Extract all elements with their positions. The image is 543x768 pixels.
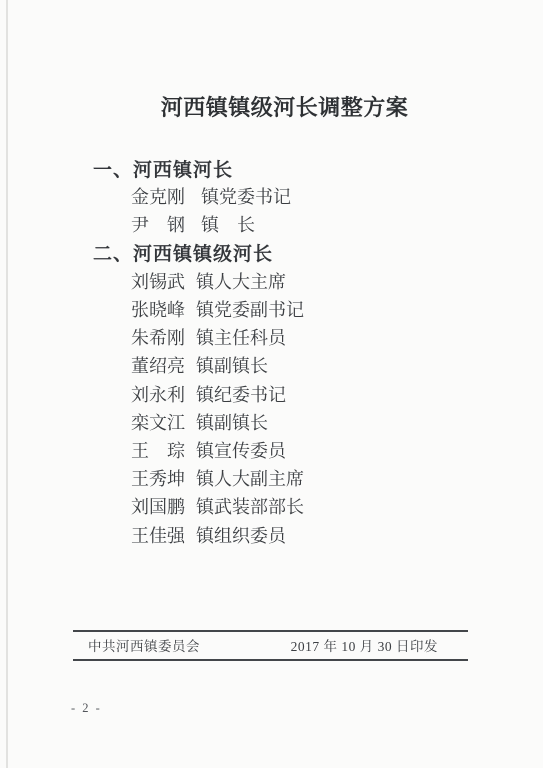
member-name: 王秀坤 (131, 465, 185, 491)
member-row: 尹 钢 镇 长 (93, 210, 503, 238)
member-row: 栾文江 镇副镇长 (93, 408, 503, 436)
member-row: 刘锡武 镇人大主席 (93, 267, 503, 295)
member-title: 镇主任科员 (196, 324, 286, 350)
member-row: 董绍亮 镇副镇长 (93, 351, 503, 379)
footer-rule-bottom (73, 659, 468, 661)
member-title: 镇副镇长 (196, 352, 268, 378)
member-name: 王佳强 (131, 522, 185, 548)
member-title: 镇宣传委员 (196, 437, 286, 463)
member-title: 镇人大主席 (196, 268, 286, 294)
document-body: 一、河西镇河长 金克刚 镇党委书记 尹 钢 镇 长 二、河西镇镇级河长 刘锡武 … (93, 154, 503, 549)
section-2-heading: 二、河西镇镇级河长 (93, 239, 503, 267)
member-name: 董绍亮 (131, 352, 185, 378)
member-name: 尹 钢 (131, 211, 185, 237)
member-row: 金克刚 镇党委书记 (93, 182, 503, 210)
member-row: 朱希刚 镇主任科员 (93, 323, 503, 351)
member-title: 镇组织委员 (196, 522, 286, 548)
member-name: 张晓峰 (131, 296, 185, 322)
member-title: 镇纪委书记 (196, 381, 286, 407)
section-heading-text: 二、河西镇镇级河长 (93, 239, 273, 266)
member-title: 镇 长 (201, 211, 255, 237)
member-name: 刘国鹏 (131, 493, 185, 519)
member-title: 镇武装部部长 (196, 493, 304, 519)
member-name: 王 琮 (131, 437, 185, 463)
member-name: 刘锡武 (131, 268, 185, 294)
section-heading-text: 一、河西镇河长 (93, 155, 233, 182)
member-name: 朱希刚 (131, 324, 185, 350)
member-title: 镇党委副书记 (196, 296, 304, 322)
issuing-org: 中共河西镇委员会 (88, 635, 200, 655)
member-row: 王秀坤 镇人大副主席 (93, 464, 503, 492)
member-title: 镇人大副主席 (196, 465, 304, 491)
member-row: 刘永利 镇纪委书记 (93, 380, 503, 408)
member-name: 栾文江 (131, 409, 185, 435)
page-number: - 2 - (71, 701, 102, 716)
member-title: 镇党委书记 (201, 183, 291, 209)
member-name: 金克刚 (131, 183, 185, 209)
member-name: 刘永利 (131, 381, 185, 407)
member-title: 镇副镇长 (196, 409, 268, 435)
print-date: 2017 年 10 月 30 日印发 (291, 635, 438, 655)
scanned-document-page: 河西镇镇级河长调整方案 一、河西镇河长 金克刚 镇党委书记 尹 钢 镇 长 二、… (0, 0, 543, 768)
document-footer: 中共河西镇委员会 2017 年 10 月 30 日印发 (73, 632, 468, 658)
member-row: 张晓峰 镇党委副书记 (93, 295, 503, 323)
member-row: 王 琮 镇宣传委员 (93, 436, 503, 464)
section-1-heading: 一、河西镇河长 (93, 154, 503, 182)
member-row: 刘国鹏 镇武装部部长 (93, 492, 503, 520)
document-title: 河西镇镇级河长调整方案 (0, 93, 543, 123)
member-row: 王佳强 镇组织委员 (93, 520, 503, 548)
